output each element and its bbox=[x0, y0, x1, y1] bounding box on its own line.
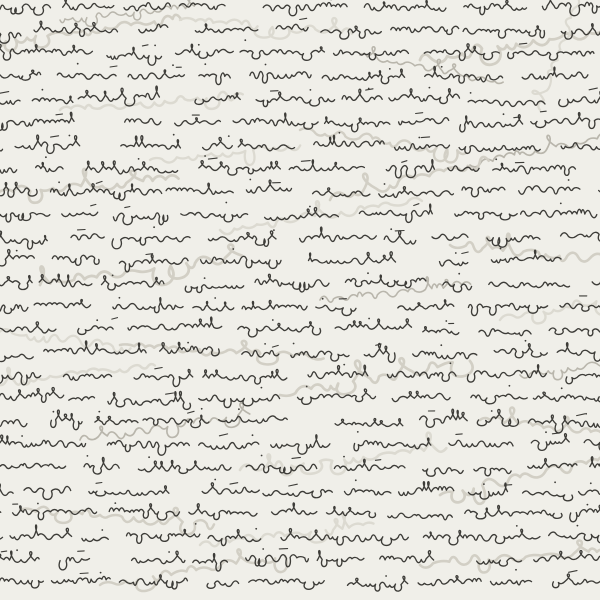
handwriting-pattern-tile bbox=[0, 0, 600, 600]
handwriting-pattern-svg bbox=[0, 0, 600, 600]
